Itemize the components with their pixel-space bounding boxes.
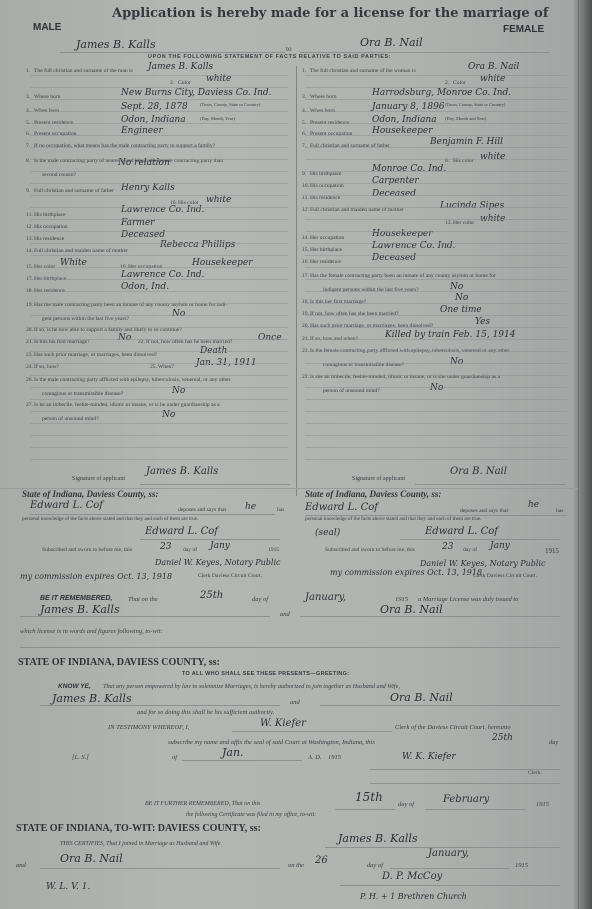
fact-number: 18.	[302, 299, 309, 305]
fact-label-continued: second cousin?	[42, 172, 76, 178]
fact-value: white	[206, 195, 231, 205]
male-signature-label: Signature of applicant	[72, 476, 125, 482]
fact-label-continued: person of unsound mind?	[323, 388, 380, 394]
certificate-day: 26	[315, 855, 328, 866]
fact-label: Is this her first marriage?	[310, 299, 366, 305]
license-seal: [L. S.]	[72, 754, 89, 761]
fact-value: No	[172, 309, 185, 319]
fact-number: 6.	[26, 131, 30, 137]
fact-number: 19.	[302, 311, 309, 317]
affidavit-left-year: 1915	[268, 547, 279, 553]
fact-hint: (Day, Month, Year)	[200, 116, 235, 121]
issued-text1: That on the	[128, 596, 158, 603]
fact-number: 2.	[445, 80, 449, 86]
marriage-license-document: Application is hereby made for a license…	[0, 0, 592, 909]
affidavit-right-day-of: day of	[463, 547, 477, 553]
filed-text2: the following Certificate was filed in m…	[186, 812, 316, 818]
fact-value: Henry Kalls	[121, 183, 175, 193]
affidavit-left-state: State of Indiana, Daviess County, ss:	[22, 489, 158, 499]
fact-number: 15.	[302, 247, 309, 253]
column-divider	[296, 66, 297, 496]
fact-value: Monroe Co. Ind.	[372, 164, 446, 174]
fact-label: When?	[158, 364, 174, 370]
fact-number: 20.	[302, 323, 309, 329]
certificate-state: STATE OF INDIANA, TO-WIT: DAVIESS COUNTY…	[16, 823, 261, 834]
fact-value: Lucinda Sipes	[440, 201, 504, 211]
affidavit-right-month: Jany	[490, 541, 510, 551]
affidavit-left-knowledge: personal knowledge of the facts above st…	[22, 516, 198, 522]
license-authorized-text: That any person empowered by law to sole…	[103, 683, 400, 690]
fact-number: 7.	[302, 143, 306, 149]
license-male-name: James B. Kalls	[52, 692, 132, 705]
affidavit-left-clerk-label: Clerk Daviess Circuit Court.	[198, 573, 262, 579]
fact-label: Is the male contracting party afflicted …	[34, 377, 230, 383]
license-month: Jan.	[222, 746, 244, 759]
fact-value: No	[118, 333, 131, 343]
fact-number: 7.	[26, 143, 30, 149]
filed-day-of: day of	[398, 801, 414, 808]
certificate-text: THIS CERTIFIES, That I joined in Marriag…	[60, 841, 221, 847]
male-signature: James B. Kalls	[146, 466, 218, 477]
affidavit-right-year: 1915	[545, 547, 559, 555]
affidavit-right-affiant: Edward L. Cof	[305, 502, 378, 513]
fact-value: Ora B. Nail	[468, 62, 519, 72]
fact-value: Deceased	[372, 189, 416, 199]
certificate-month: January,	[428, 848, 469, 859]
fact-label: Full christian and surname of father	[310, 143, 390, 149]
fact-label-continued: contagious or transmissible disease?	[42, 391, 123, 397]
fact-number: 2.	[170, 80, 174, 86]
affidavit-right-deposes: deposes and says that	[460, 508, 508, 514]
fact-number: 14.	[302, 235, 309, 241]
fact-number: 6.	[302, 131, 306, 137]
certificate-day-of: day of	[367, 862, 383, 869]
application-title: Application is hereby made for a license…	[112, 6, 548, 21]
affidavit-left-signature: Edward L. Cof	[145, 526, 218, 537]
fact-hint: (Town, County, State or Country)	[200, 102, 260, 107]
fact-label-continued: indigent persons within the last five ye…	[323, 287, 419, 293]
statement-subtitle: UPON THE FOLLOWING STATEMENT OF FACTS RE…	[148, 54, 391, 60]
fact-value: Carpenter	[372, 176, 419, 186]
fact-value: white	[480, 152, 505, 162]
fact-hint: (Town, County, State or Country)	[445, 102, 505, 107]
license-clerk-label: Clerk.	[528, 770, 542, 776]
affidavit-right-knowledge: personal knowledge of the facts above st…	[305, 516, 481, 522]
certificate-year: 1915	[515, 862, 528, 869]
affidavit-left-commission: my commission expires Oct. 13, 1918	[20, 572, 172, 581]
license-subscribe-text: subscribe my name and affix the seal of …	[168, 739, 375, 746]
fact-label: Present occupation	[34, 131, 76, 137]
certificate-male-name: James B. Kalls	[338, 832, 418, 845]
issued-lead: BE IT REMEMBERED,	[40, 595, 112, 602]
fact-label: Her residence	[310, 259, 341, 265]
fact-number: 24.	[26, 364, 33, 370]
filed-day: 15th	[355, 790, 383, 804]
affidavit-right-signature: Edward L. Cof	[425, 526, 498, 537]
fact-label: If no occupation, what means has the mal…	[34, 143, 215, 149]
license-ad: A. D.	[308, 754, 322, 761]
fact-label: Her birthplace	[310, 247, 342, 253]
fact-number: 16.	[302, 259, 309, 265]
fact-value: James B. Kalls	[148, 62, 213, 72]
fact-label-continued: gent persons within the last five years?	[42, 316, 129, 322]
fact-label: Is he an imbecile, feeble-minded, idioti…	[34, 402, 220, 408]
filed-year: 1915	[536, 801, 549, 808]
affidavit-right-notary-signature: Daniel W. Keyes, Notary Public	[420, 559, 546, 568]
fact-number: 27.	[26, 402, 33, 408]
affidavit-left-has: has	[277, 507, 284, 513]
license-clerk-text: Clerk of the Daviess Circuit Court, here…	[395, 724, 511, 731]
certificate-officiant-title: P. H. + 1 Brethren Church	[360, 892, 467, 901]
fact-label: The full christian and surname of the wo…	[310, 68, 416, 74]
affidavit-right-has: has	[556, 508, 563, 514]
fact-label: Color	[453, 80, 466, 86]
fact-label: Her color	[453, 220, 474, 226]
affidavit-right-clerk-label: Clerk Daviess Circuit Court.	[473, 573, 537, 579]
header-female-name: Ora B. Nail	[360, 36, 423, 49]
certificate-and: and	[16, 862, 26, 869]
fact-label: If not, how often has she been married?	[310, 311, 399, 317]
page-edge-shadow	[574, 0, 592, 909]
fact-label-continued: person of unsound mind?	[42, 416, 99, 422]
fact-label: His birthplace	[34, 212, 66, 218]
fact-label: Full christian and surname of father	[34, 188, 114, 194]
affidavit-right-commission: my commission expires Oct. 13, 1918	[330, 568, 482, 577]
fact-value: Yes	[475, 317, 490, 327]
certificate-on-the: on the	[288, 862, 304, 869]
fact-label: The full christian and surname of the ma…	[34, 68, 133, 74]
issued-day-of: day of	[252, 596, 268, 603]
fact-number: 11.	[26, 212, 33, 218]
license-state: STATE OF INDIANA, DAVIESS COUNTY, ss:	[18, 657, 220, 668]
fact-value: Rebecca Phillips	[160, 240, 235, 250]
license-clerk-signature: W. K. Kiefer	[402, 752, 456, 762]
female-signature-label: Signature of applicant	[352, 476, 405, 482]
license-female-name: Ora B. Nail	[390, 691, 453, 704]
fact-value: No	[430, 383, 443, 393]
license-and: and	[290, 699, 300, 706]
license-testimony: IN TESTIMONY WHEREOF, I,	[108, 724, 189, 731]
header-connector: to	[286, 45, 291, 53]
fact-number: 13.	[26, 236, 33, 242]
male-label: MALE	[33, 22, 61, 33]
license-greeting: TO ALL WHO SHALL SEE THESE PRESENTS—GREE…	[182, 671, 349, 677]
fact-value: New Burns City, Daviess Co. Ind.	[121, 88, 272, 98]
affidavit-right-pronoun: he	[528, 500, 539, 510]
fact-label: His residence	[34, 236, 64, 242]
fact-label: Color	[178, 80, 191, 86]
affidavit-left-day: 23	[160, 542, 171, 552]
affidavit-right-state: State of Indiana, Daviess County, ss:	[305, 489, 441, 499]
page-border	[578, 0, 579, 909]
affidavit-right-seal: (seal)	[315, 528, 340, 538]
fact-label: If so, how?	[34, 364, 59, 370]
affidavit-right-day: 23	[442, 542, 453, 552]
certificate-note: W. L. V. 1.	[46, 882, 90, 892]
affidavit-left-deposes: deposes and says that	[178, 507, 226, 513]
issued-year: 1915	[395, 596, 408, 603]
fact-label: His occupation	[34, 224, 68, 230]
issued-month: January,	[305, 592, 346, 603]
issued-which: which license is in words and figures fo…	[20, 628, 163, 635]
certificate-officiant: D. P. McCoy	[382, 871, 442, 882]
issued-text2: a Marriage License was duly issued to	[418, 596, 518, 603]
license-know-ye: KNOW YE,	[58, 683, 91, 690]
issued-female-name: Ora B. Nail	[380, 603, 443, 616]
issued-male-name: James B. Kalls	[40, 603, 120, 616]
header-male-name: James B. Kalls	[76, 38, 156, 51]
affidavit-right-subscribed: Subscribed and sworn to before me, this	[325, 547, 415, 553]
license-authority-text: and for so doing this shall be his suffi…	[137, 709, 274, 716]
fact-number: 12.	[26, 224, 33, 230]
issued-day: 25th	[200, 590, 223, 601]
female-label: FEMALE	[503, 24, 544, 35]
license-of: of	[172, 754, 177, 761]
certificate-female-name: Ora B. Nail	[60, 852, 123, 865]
fact-value: One time	[440, 305, 482, 315]
filed-text1: BE IT FURTHER REMEMBERED, That on this	[145, 801, 260, 807]
affidavit-left-pronoun: he	[245, 502, 256, 512]
fact-label: Her occupation	[310, 235, 344, 241]
license-year: 1915	[328, 754, 341, 761]
fact-value: No	[450, 357, 463, 367]
fact-value: Benjamin F. Hill	[430, 137, 503, 147]
affidavit-left-affiant: Edward L. Cof	[30, 500, 103, 511]
fact-number: 26.	[26, 377, 33, 383]
license-day: 25th	[492, 733, 513, 743]
fact-number: 13.	[445, 220, 452, 226]
fact-number: 1.	[302, 68, 306, 74]
fact-number: 14.	[26, 248, 33, 254]
issued-and: and	[280, 611, 290, 618]
fact-number: 25.	[150, 364, 157, 370]
license-clerk-name: W. Kiefer	[260, 718, 306, 729]
affidavit-left-month: Jany	[210, 541, 230, 551]
affidavit-left-notary-signature: Daniel W. Keyes, Notary Public	[155, 558, 281, 567]
fact-number: 1.	[26, 68, 30, 74]
fact-value: No	[455, 293, 468, 303]
female-signature: Ora B. Nail	[450, 466, 507, 477]
fact-label: Has such prior marriage, or marriages, b…	[34, 352, 157, 358]
filed-month: February	[443, 794, 489, 805]
affidavit-left-day-of: day of	[183, 547, 197, 553]
fact-value: Once	[258, 333, 282, 343]
fact-value: Harrodsburg, Monroe Co. Ind.	[372, 88, 511, 98]
fact-number: 23.	[26, 352, 33, 358]
license-day-word: day	[549, 739, 558, 746]
fact-number: 9.	[26, 188, 30, 194]
fact-label: Present occupation	[310, 131, 352, 137]
affidavit-left-subscribed: Subscribed and sworn to before me, this	[42, 547, 132, 553]
fact-label: Has such prior marriage, or marriages, b…	[310, 323, 433, 329]
fact-hint: (Day, Month and Year)	[445, 116, 486, 121]
fact-label: Full christian and maiden name of mother	[34, 248, 128, 254]
